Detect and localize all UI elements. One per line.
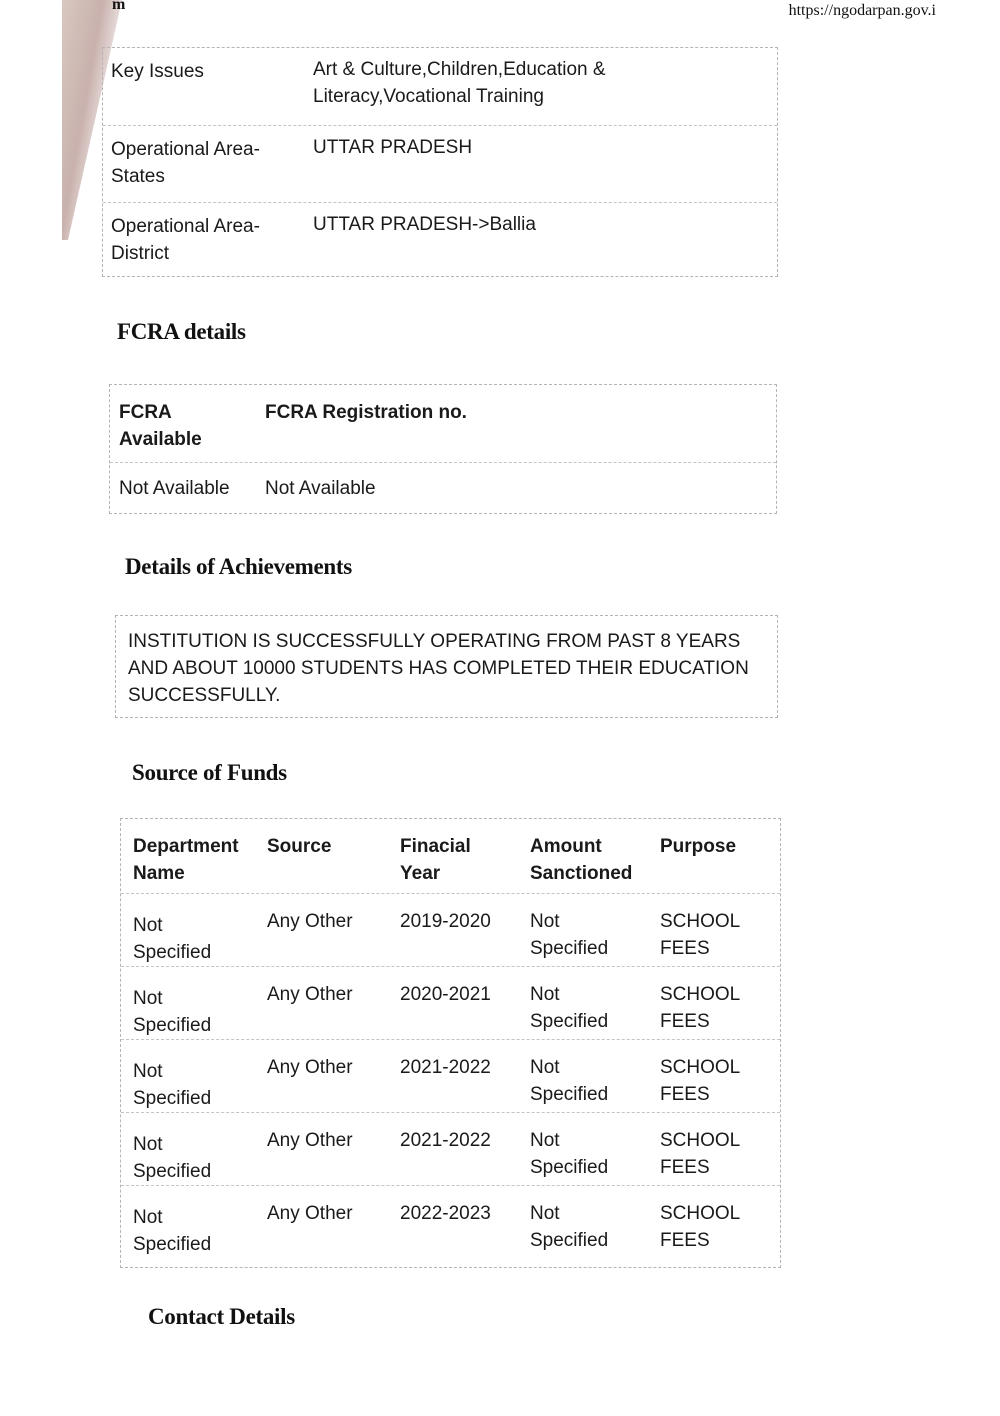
fcra-section-title: FCRA details xyxy=(117,319,246,345)
funds-section-title: Source of Funds xyxy=(132,760,287,786)
contact-section-title: Contact Details xyxy=(148,1304,295,1330)
fcra-table: FCRA Available FCRA Registration no. Not… xyxy=(109,384,777,514)
detail-value: UTTAR PRADESH xyxy=(313,134,733,161)
table-row: Not Specified Any Other 2021-2022 Not Sp… xyxy=(121,1040,780,1113)
funds-header-row: Department Name Source Finacial Year Amo… xyxy=(121,819,780,894)
detail-label: Operational Area-States xyxy=(111,136,271,190)
achievements-text: INSTITUTION IS SUCCESSFULLY OPERATING FR… xyxy=(128,628,768,709)
purpose-cell: SCHOOL FEES xyxy=(660,1200,750,1254)
purpose-cell: SCHOOL FEES xyxy=(660,908,750,962)
detail-value: Art & Culture,Children,Education & Liter… xyxy=(313,56,733,110)
source-cell: Any Other xyxy=(267,908,387,935)
purpose-cell: SCHOOL FEES xyxy=(660,1054,750,1108)
page-url: https://ngodarpan.gov.i xyxy=(789,2,936,20)
financial-year-cell: 2022-2023 xyxy=(400,1200,520,1227)
source-cell: Any Other xyxy=(267,981,387,1008)
amount-sanctioned-cell: Not Specified xyxy=(530,908,620,962)
fcra-header-registration: FCRA Registration no. xyxy=(265,399,665,426)
source-cell: Any Other xyxy=(267,1200,387,1227)
source-cell: Any Other xyxy=(267,1054,387,1081)
table-row: Not Specified Any Other 2019-2020 Not Sp… xyxy=(121,894,780,967)
organization-details-table: Key Issues Art & Culture,Children,Educat… xyxy=(102,47,778,277)
fcra-header-available: FCRA Available xyxy=(119,399,209,453)
header-department-name: Department Name xyxy=(133,833,253,887)
detail-value: UTTAR PRADESH->Ballia xyxy=(313,211,733,238)
table-row: Not Specified Any Other 2022-2023 Not Sp… xyxy=(121,1186,780,1259)
table-row: Not Specified Any Other 2021-2022 Not Sp… xyxy=(121,1113,780,1186)
detail-label: Key Issues xyxy=(111,58,291,85)
fcra-available-value: Not Available xyxy=(119,475,259,502)
financial-year-cell: 2019-2020 xyxy=(400,908,520,935)
header-source: Source xyxy=(267,833,387,860)
table-row: Not Specified Any Other 2020-2021 Not Sp… xyxy=(121,967,780,1040)
purpose-cell: SCHOOL FEES xyxy=(660,1127,750,1181)
department-name-cell: Not Specified xyxy=(133,912,223,966)
detail-row-operational-district: Operational Area-District UTTAR PRADESH-… xyxy=(103,203,777,280)
amount-sanctioned-cell: Not Specified xyxy=(530,981,620,1035)
funds-table: Department Name Source Finacial Year Amo… xyxy=(120,818,781,1268)
achievements-box: INSTITUTION IS SUCCESSFULLY OPERATING FR… xyxy=(115,615,778,718)
amount-sanctioned-cell: Not Specified xyxy=(530,1200,620,1254)
financial-year-cell: 2021-2022 xyxy=(400,1127,520,1154)
header-amount-sanctioned: Amount Sanctioned xyxy=(530,833,650,887)
department-name-cell: Not Specified xyxy=(133,985,223,1039)
header-financial-year: Finacial Year xyxy=(400,833,490,887)
header-purpose: Purpose xyxy=(660,833,780,860)
fcra-header-row: FCRA Available FCRA Registration no. xyxy=(110,385,776,463)
purpose-cell: SCHOOL FEES xyxy=(660,981,750,1035)
amount-sanctioned-cell: Not Specified xyxy=(530,1054,620,1108)
achievements-section-title: Details of Achievements xyxy=(125,554,352,580)
fcra-value-row: Not Available Not Available xyxy=(110,463,776,515)
detail-label: Operational Area-District xyxy=(111,213,271,267)
corner-mark: m xyxy=(112,0,125,14)
amount-sanctioned-cell: Not Specified xyxy=(530,1127,620,1181)
department-name-cell: Not Specified xyxy=(133,1058,223,1112)
department-name-cell: Not Specified xyxy=(133,1131,223,1185)
financial-year-cell: 2021-2022 xyxy=(400,1054,520,1081)
detail-row-key-issues: Key Issues Art & Culture,Children,Educat… xyxy=(103,48,777,126)
detail-row-operational-states: Operational Area-States UTTAR PRADESH xyxy=(103,126,777,203)
fcra-registration-value: Not Available xyxy=(265,475,665,502)
department-name-cell: Not Specified xyxy=(133,1204,223,1258)
source-cell: Any Other xyxy=(267,1127,387,1154)
financial-year-cell: 2020-2021 xyxy=(400,981,520,1008)
